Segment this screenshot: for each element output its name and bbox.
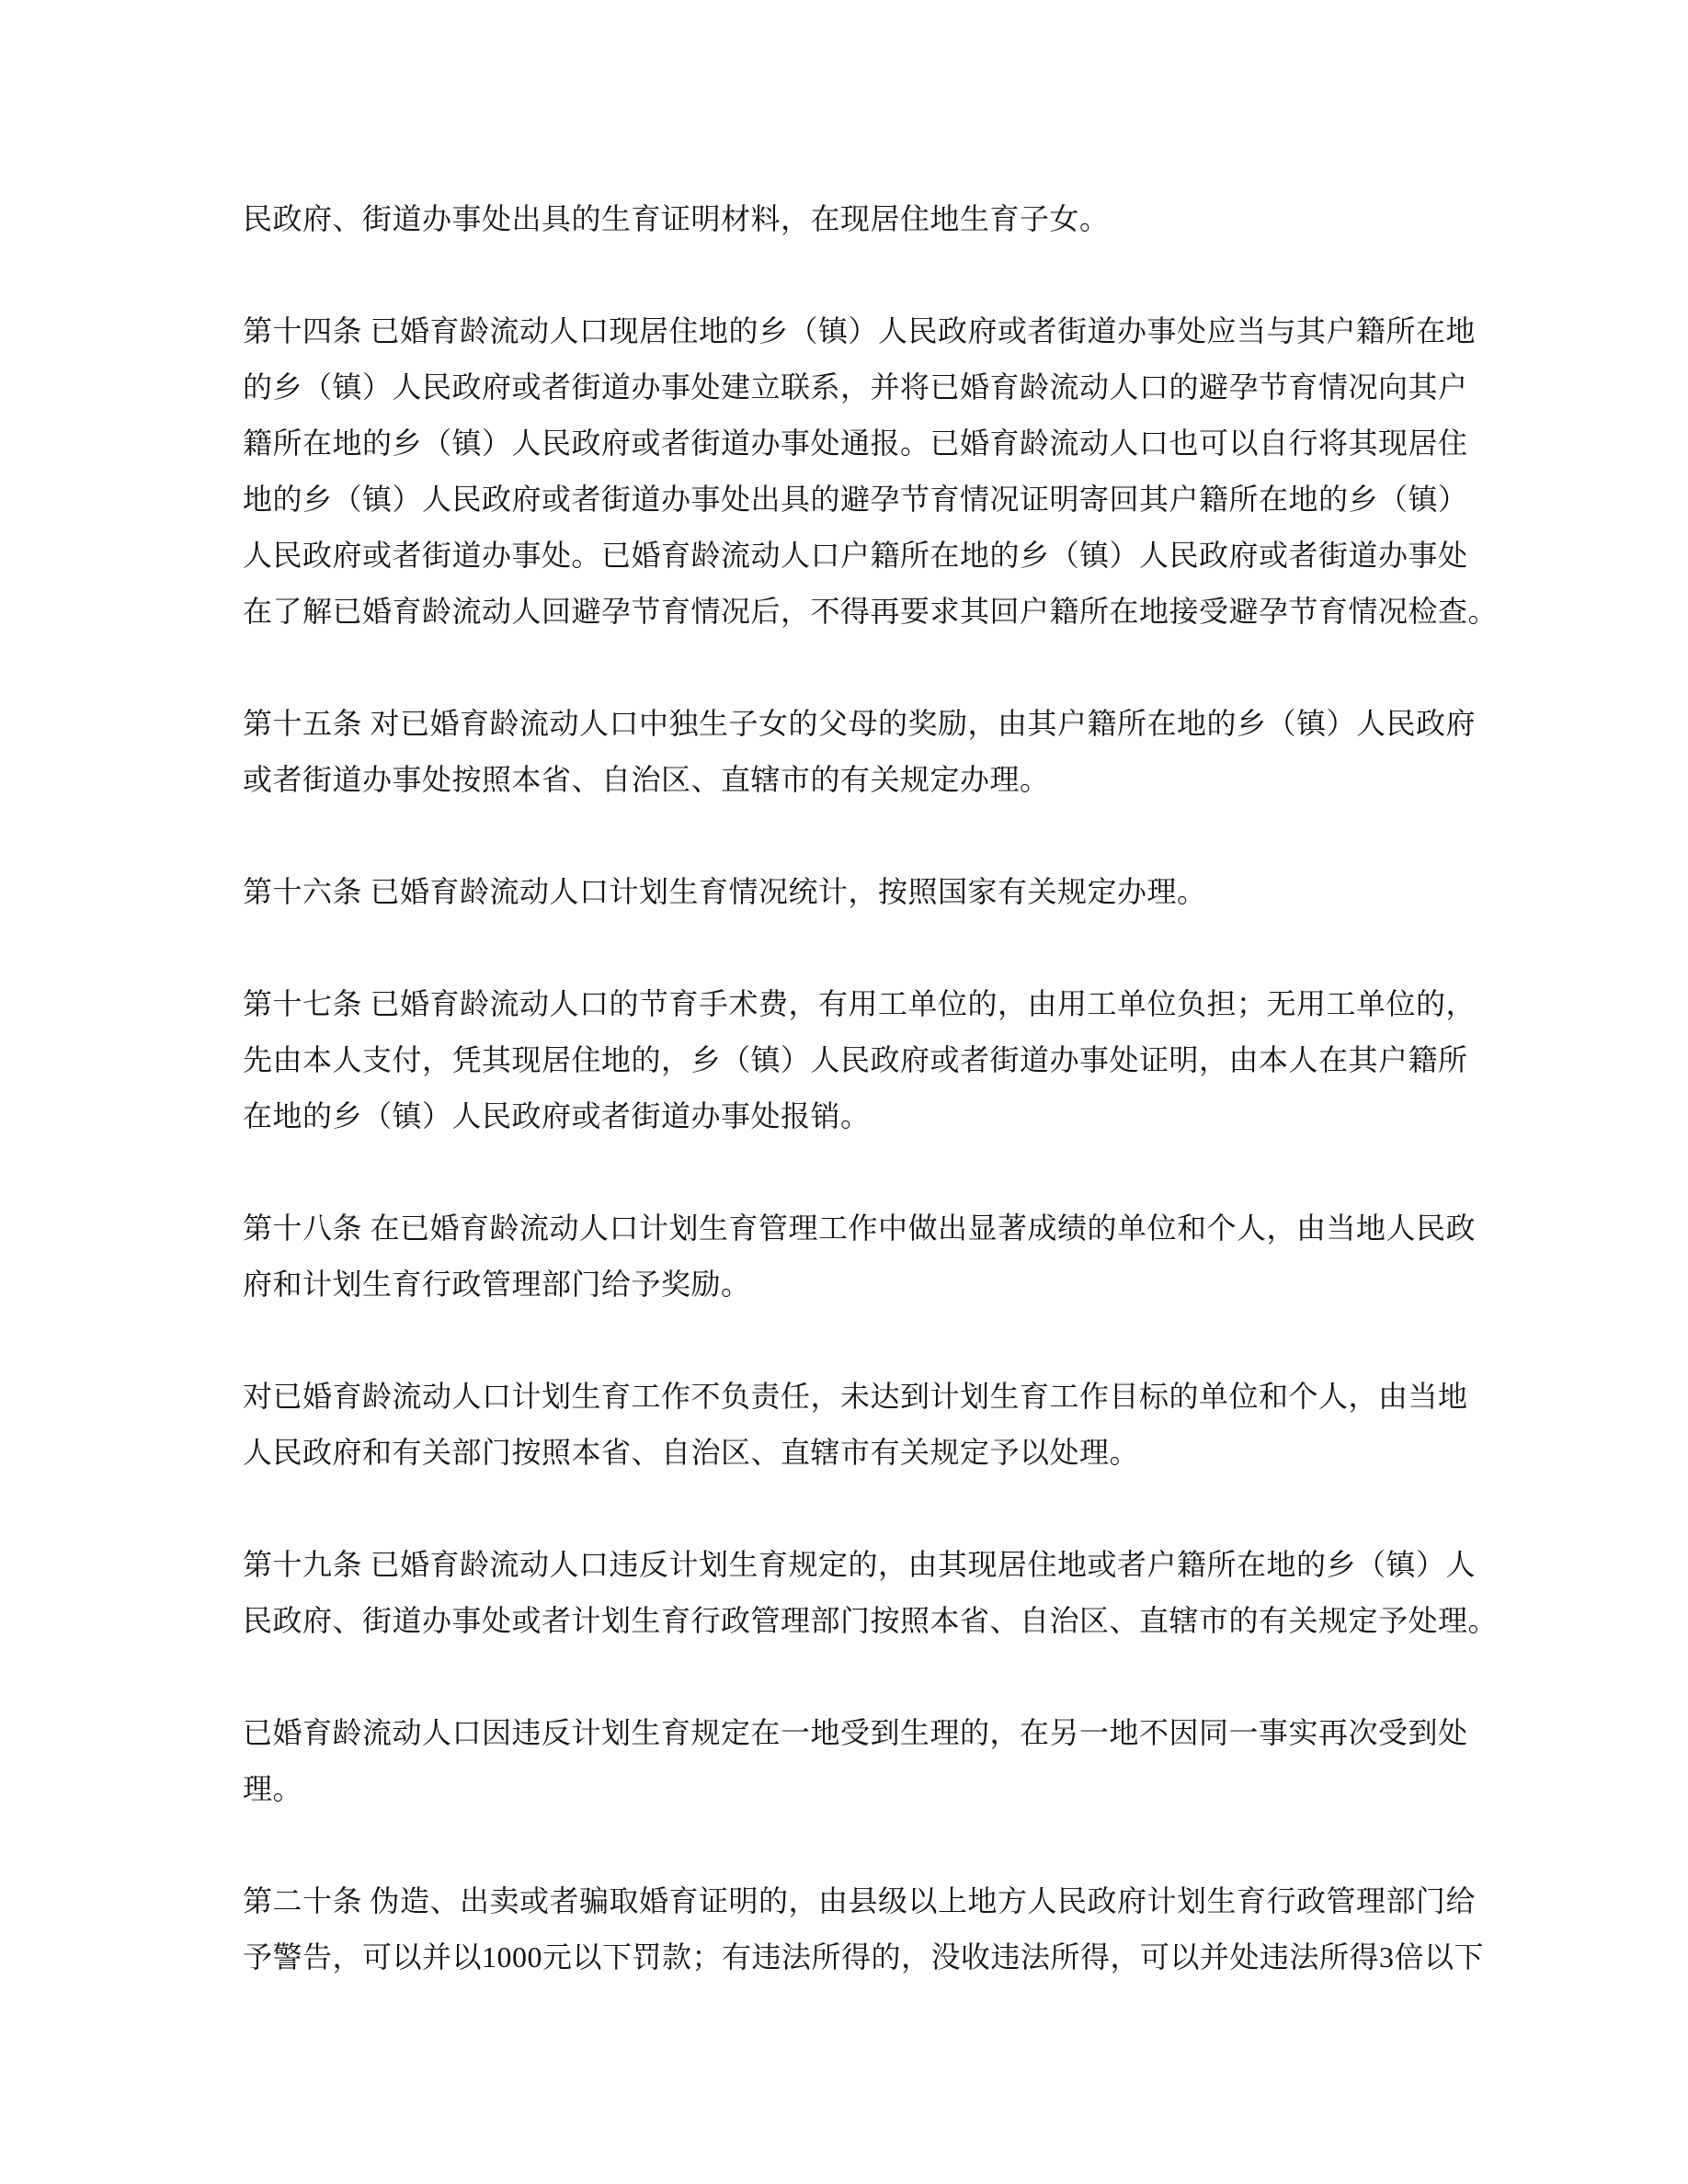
text-line: 已婚育龄流动人口因违反计划生育规定在一地受到生理的，在另一地不因同一事实再次受到… [243,1705,1559,1761]
text-line: 第十六条 已婚育龄流动人口计划生育情况统计，按照国家有关规定办理。 [243,864,1559,920]
text-line: 民政府、街道办事处或者计划生育行政管理部门按照本省、自治区、直辖市的有关规定予处… [243,1593,1559,1649]
paragraph-article-20: 第二十条 伪造、出卖或者骗取婚育证明的，由县级以上地方人民政府计划生育行政管理部… [243,1873,1559,1985]
document-body: 民政府、街道办事处出具的生育证明材料，在现居住地生育子女。 第十四条 已婚育龄流… [243,191,1559,2042]
paragraph-continuation: 民政府、街道办事处出具的生育证明材料，在现居住地生育子女。 [243,191,1559,247]
text-line: 的乡（镇）人民政府或者街道办事处建立联系，并将已婚育龄流动人口的避孕节育情况向其… [243,359,1559,415]
text-line: 或者街道办事处按照本省、自治区、直辖市的有关规定办理。 [243,752,1559,808]
paragraph-article-15: 第十五条 对已婚育龄流动人口中独生子女的父母的奖励，由其户籍所在地的乡（镇）人民… [243,696,1559,808]
text-line: 第十五条 对已婚育龄流动人口中独生子女的父母的奖励，由其户籍所在地的乡（镇）人民… [243,696,1559,752]
text-line: 第十四条 已婚育龄流动人口现居住地的乡（镇）人民政府或者街道办事处应当与其户籍所… [243,303,1559,359]
paragraph-article-17: 第十七条 已婚育龄流动人口的节育手术费，有用工单位的，由用工单位负担；无用工单位… [243,976,1559,1144]
text-line: 民政府、街道办事处出具的生育证明材料，在现居住地生育子女。 [243,191,1559,247]
text-line: 人民政府和有关部门按照本省、自治区、直辖市有关规定予以处理。 [243,1425,1559,1481]
text-line: 府和计划生育行政管理部门给予奖励。 [243,1257,1559,1313]
text-line: 第十八条 在已婚育龄流动人口计划生育管理工作中做出显著成绩的单位和个人，由当地人… [243,1200,1559,1257]
paragraph-article-14: 第十四条 已婚育龄流动人口现居住地的乡（镇）人民政府或者街道办事处应当与其户籍所… [243,303,1559,640]
text-line: 理。 [243,1761,1559,1817]
text-line: 对已婚育龄流动人口计划生育工作不负责任，未达到计划生育工作目标的单位和个人，由当… [243,1369,1559,1425]
paragraph-article-18: 第十八条 在已婚育龄流动人口计划生育管理工作中做出显著成绩的单位和个人，由当地人… [243,1200,1559,1313]
text-line: 籍所在地的乡（镇）人民政府或者街道办事处通报。已婚育龄流动人口也可以自行将其现居… [243,415,1559,472]
document-page: 民政府、街道办事处出具的生育证明材料，在现居住地生育子女。 第十四条 已婚育龄流… [0,0,1688,2184]
text-line: 第十九条 已婚育龄流动人口违反计划生育规定的，由其现居住地或者户籍所在地的乡（镇… [243,1537,1559,1593]
paragraph-article-19: 第十九条 已婚育龄流动人口违反计划生育规定的，由其现居住地或者户籍所在地的乡（镇… [243,1537,1559,1649]
text-line: 在地的乡（镇）人民政府或者街道办事处报销。 [243,1088,1559,1144]
paragraph-article-16: 第十六条 已婚育龄流动人口计划生育情况统计，按照国家有关规定办理。 [243,864,1559,920]
text-line: 在了解已婚育龄流动人回避孕节育情况后，不得再要求其回户籍所在地接受避孕节育情况检… [243,584,1559,640]
text-line: 先由本人支付，凭其现居住地的，乡（镇）人民政府或者街道办事处证明，由本人在其户籍… [243,1032,1559,1088]
text-line: 第二十条 伪造、出卖或者骗取婚育证明的，由县级以上地方人民政府计划生育行政管理部… [243,1873,1559,1929]
text-line: 地的乡（镇）人民政府或者街道办事处出具的避孕节育情况证明寄回其户籍所在地的乡（镇… [243,472,1559,528]
text-line: 第十七条 已婚育龄流动人口的节育手术费，有用工单位的，由用工单位负担；无用工单位… [243,976,1559,1032]
paragraph-article-19-supplement: 已婚育龄流动人口因违反计划生育规定在一地受到生理的，在另一地不因同一事实再次受到… [243,1705,1559,1817]
text-line: 予警告，可以并以1000元以下罚款；有违法所得的，没收违法所得，可以并处违法所得… [243,1929,1559,1985]
paragraph-article-18-supplement: 对已婚育龄流动人口计划生育工作不负责任，未达到计划生育工作目标的单位和个人，由当… [243,1369,1559,1481]
text-line: 人民政府或者街道办事处。已婚育龄流动人口户籍所在地的乡（镇）人民政府或者街道办事… [243,528,1559,584]
